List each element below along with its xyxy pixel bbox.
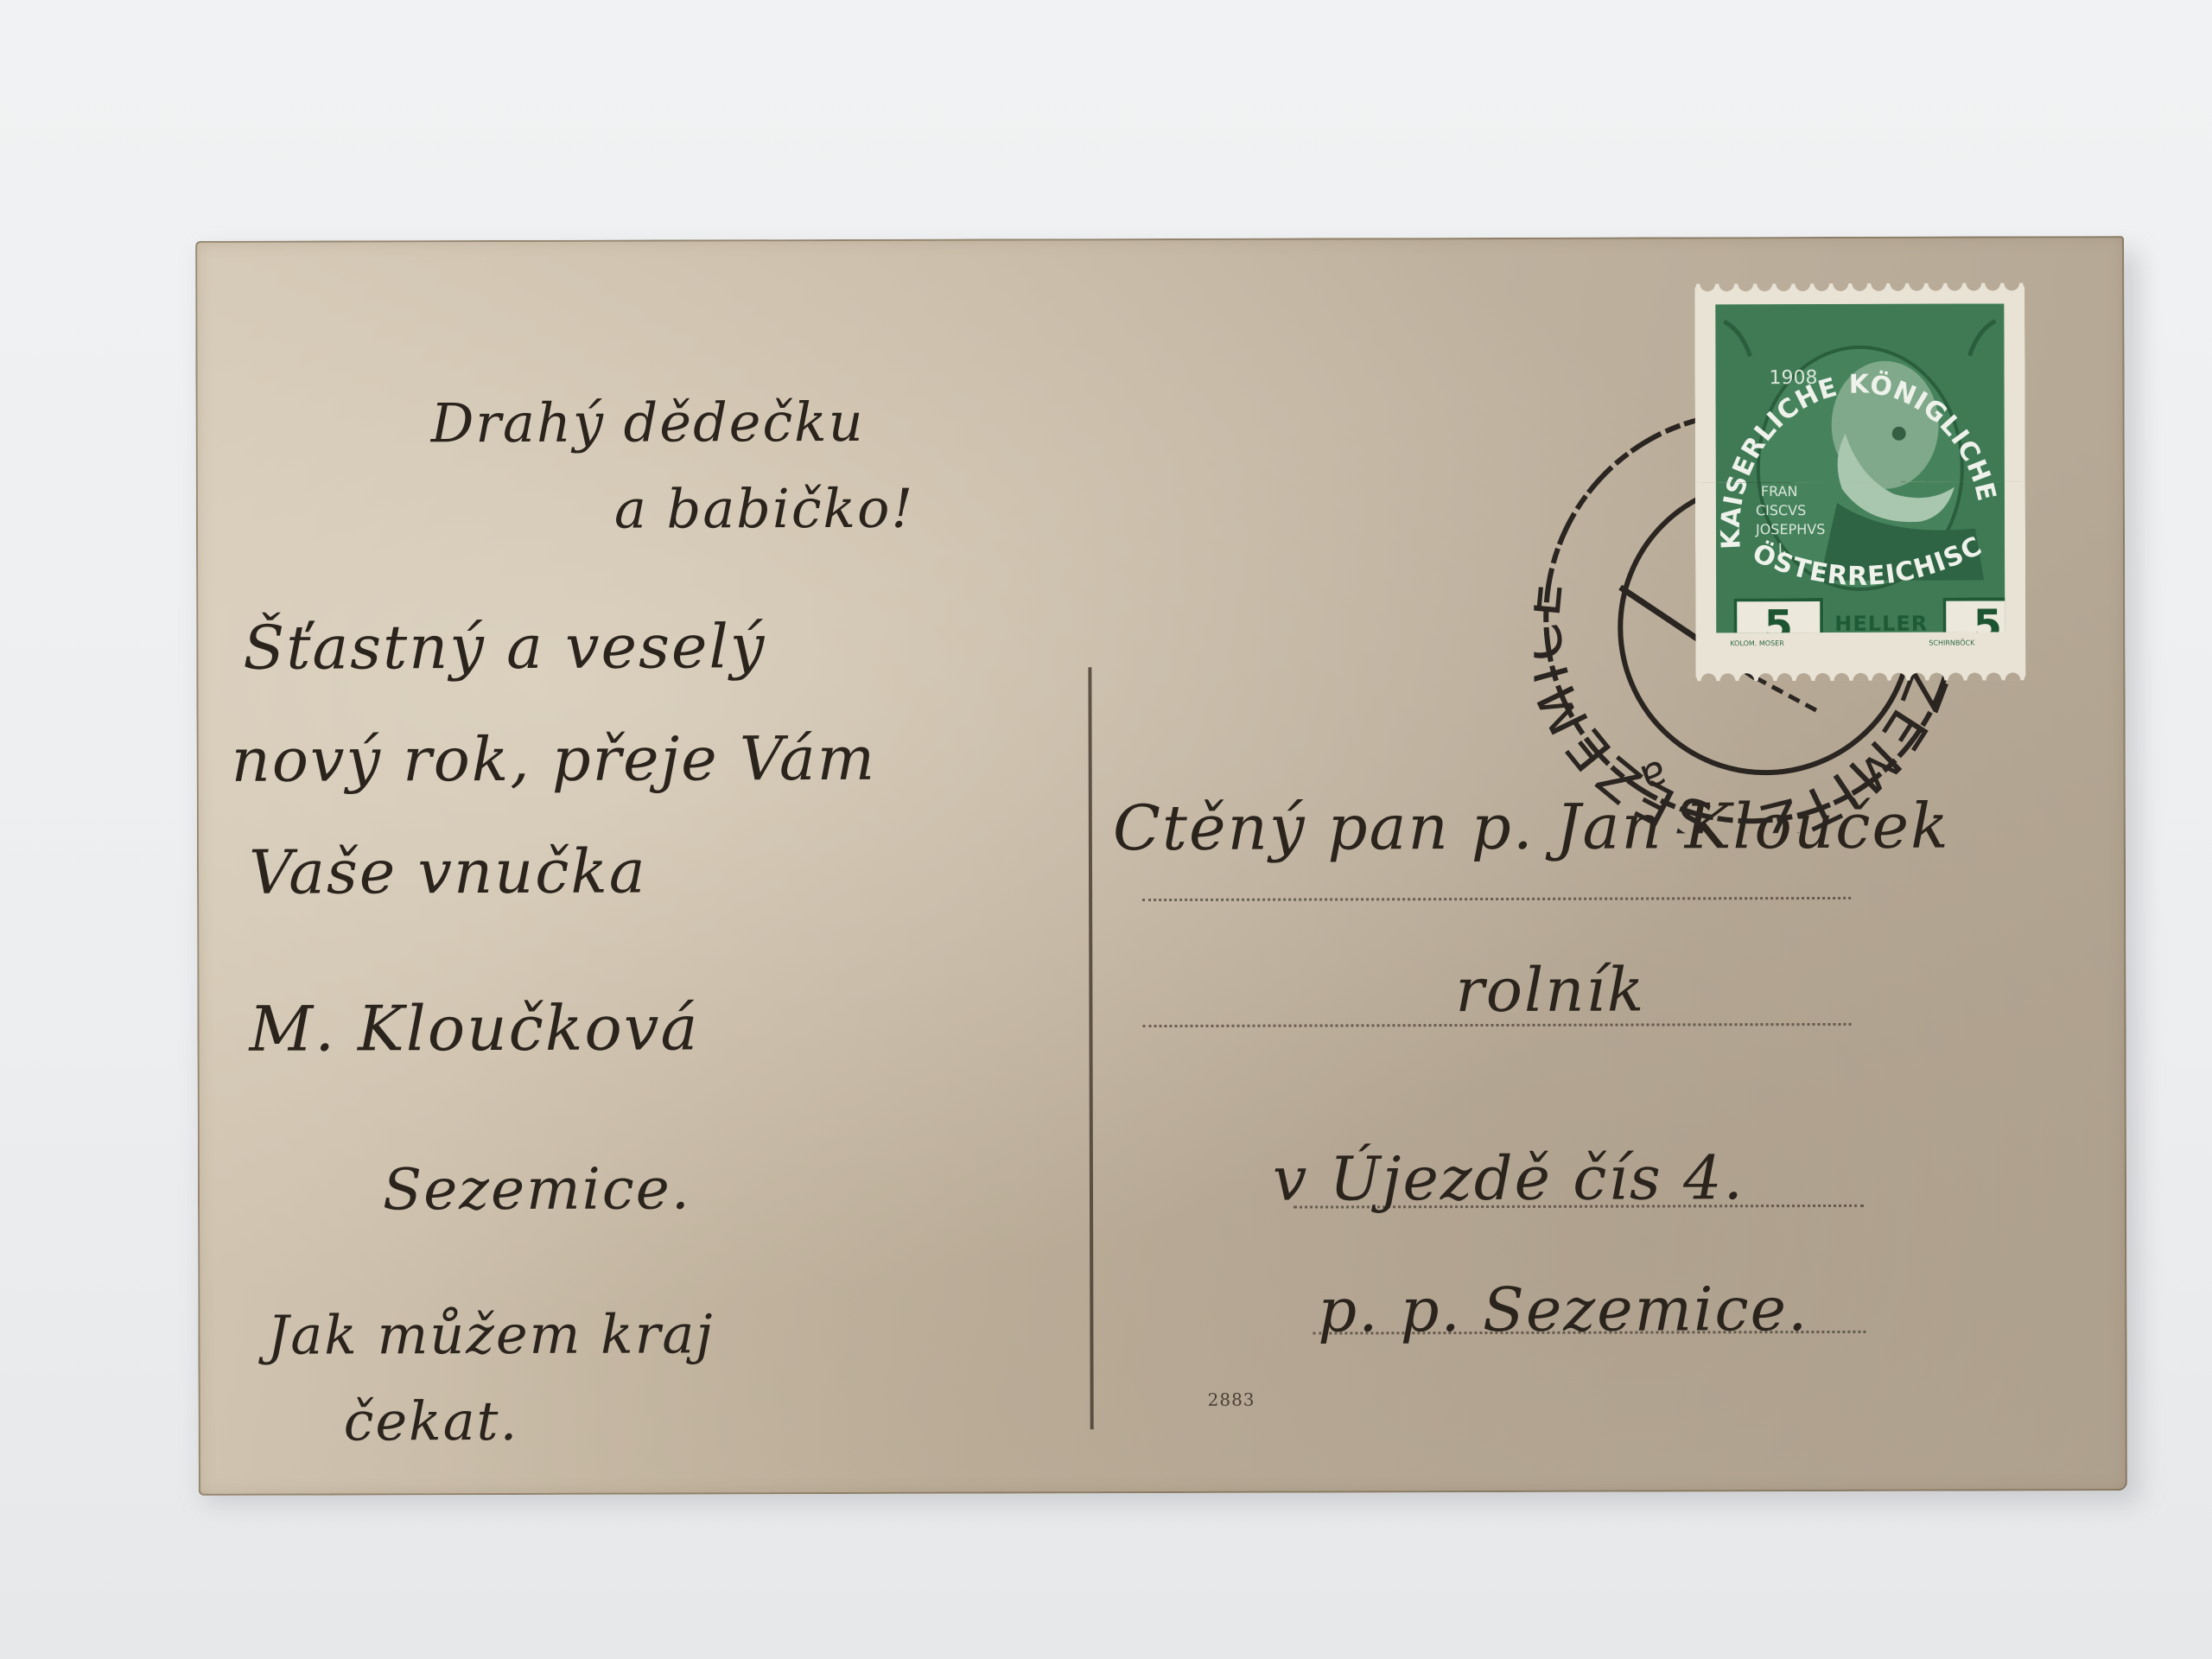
message-line-signature: M. Kloučková (249, 991, 699, 1065)
stamp-denomination-left: 5 (1733, 598, 1823, 632)
address-rule-1 (1142, 897, 1851, 901)
message-line-postscript-1: Jak můžem kraj (267, 1302, 714, 1366)
message-line-sender-relation: Vaše vnučka (249, 836, 647, 908)
svg-text:SEZEMICE: SEZEMICE (1534, 575, 1719, 834)
address-line-post-office: p. p. Sezemice. (1318, 1274, 1808, 1345)
address-line-occupation: rolník (1455, 955, 1645, 1027)
stamp-designer: KOLOM. MOSER (1730, 639, 1783, 647)
svg-text:FRAN: FRAN (1761, 483, 1798, 499)
svg-text:CISCVS: CISCVS (1756, 502, 1806, 518)
postage-stamp: 1908 FRAN CISCVS JOSEPHVS I. KAISERLICHE… (1694, 283, 2025, 681)
message-line-greeting-2: a babičko! (614, 477, 915, 541)
stamp-design: 1908 FRAN CISCVS JOSEPHVS I. KAISERLICHE… (1715, 303, 2005, 632)
address-line-street: v Újezdě čís 4. (1273, 1142, 1745, 1214)
message-line-wish-1: Šťastný a veselý (243, 611, 766, 683)
postcard: Drahý dědečku a babičko! Šťastný a vesel… (195, 236, 2127, 1496)
message-line-wish-2: nový rok, přeje Vám (232, 723, 877, 796)
print-number: 2883 (1208, 1389, 1255, 1410)
message-line-greeting: Drahý dědečku (431, 391, 865, 454)
stamp-engraver: SCHIRNBÖCK (1929, 639, 1974, 647)
message-line-sender-town: Sezemice. (383, 1155, 691, 1223)
emperor-portrait-icon: 1908 FRAN CISCVS JOSEPHVS I. KAISERLICHE… (1715, 303, 2005, 632)
message-line-postscript-2: čekat. (344, 1389, 519, 1453)
stamp-currency: HELLER (1827, 612, 1935, 633)
stamp-denomination-right: 5 (1942, 597, 2005, 632)
postmark-text-left: SEZEMICE (1534, 575, 1719, 834)
center-divider (1088, 667, 1093, 1429)
svg-text:JOSEPHVS: JOSEPHVS (1755, 521, 1825, 537)
